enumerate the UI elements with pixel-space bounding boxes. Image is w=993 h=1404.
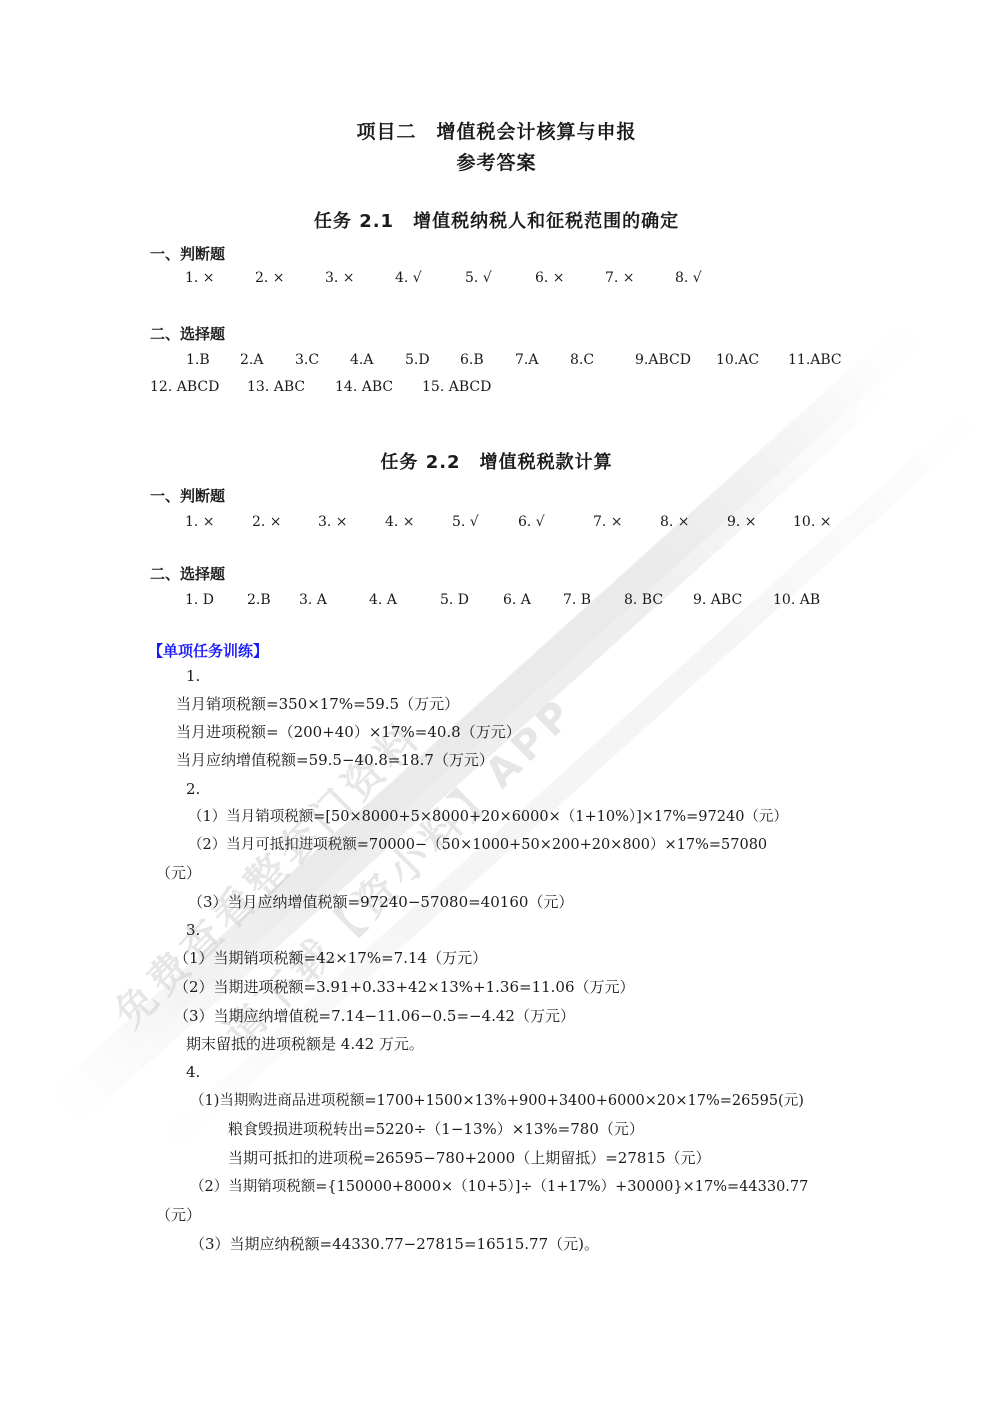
task-2-1-true-false-label: 一、判断题 xyxy=(150,244,225,264)
task-2-1-choice-label: 二、选择题 xyxy=(150,324,225,344)
calculation-line: （1）当月销项税额=[50×8000+5×8000+20×6000×（1+10%… xyxy=(188,807,788,827)
calculation-line: 期末留抵的进项税额是 4.42 万元。 xyxy=(186,1034,424,1054)
document-subtitle: 参考答案 xyxy=(0,153,993,173)
calculation-line: （元） xyxy=(156,863,201,883)
document-page: 免费查看整套门资料 请下载【资小料】APP 项目二 增值税会计核算与申报 参考答… xyxy=(0,0,993,1404)
answer: 2.A xyxy=(240,350,263,370)
answer: 2. × xyxy=(255,268,285,288)
answer: 1.B xyxy=(186,350,210,370)
answer: 1. × xyxy=(185,268,215,288)
answer: 2. × xyxy=(252,512,282,532)
answer: 9. ABC xyxy=(693,590,742,610)
answer: 8. BC xyxy=(624,590,663,610)
answer: 11.ABC xyxy=(788,350,842,370)
answer: 12. ABCD xyxy=(150,377,219,397)
calculation-line: 当月应纳增值税额=59.5−40.8=18.7（万元） xyxy=(176,750,494,770)
answer: 15. ABCD xyxy=(422,377,491,397)
answer: 5. D xyxy=(440,590,469,610)
task-2-2-choice-label: 二、选择题 xyxy=(150,564,225,584)
task-2-1-choice-answers-row-1: 1.B 2.A 3.C 4.A 5.D 6.B 7.A 8.C 9.ABCD 1… xyxy=(0,350,993,370)
calculation-line: 粮食毁损进项税转出=5220÷（1−13%）×13%=780（元） xyxy=(228,1119,644,1139)
answer: 2.B xyxy=(247,590,271,610)
calculation-line: （3）当期应纳增值税=7.14−11.06−0.5=−4.42（万元） xyxy=(174,1006,575,1026)
answer: 4. √ xyxy=(395,268,422,288)
answer: 3. A xyxy=(299,590,327,610)
answer: 5. √ xyxy=(452,512,479,532)
answer: 7.A xyxy=(515,350,538,370)
answer: 1. D xyxy=(185,590,214,610)
answer: 3. × xyxy=(318,512,348,532)
problem-number: 1. xyxy=(186,666,200,686)
problem-number: 2. xyxy=(186,779,200,799)
answer: 8.C xyxy=(570,350,594,370)
answer: 10.AC xyxy=(716,350,759,370)
task-2-2-true-false-label: 一、判断题 xyxy=(150,486,225,506)
task-2-1-true-false-answers: 1. × 2. × 3. × 4. √ 5. √ 6. × 7. × 8. √ xyxy=(0,268,993,288)
task-2-2-choice-answers: 1. D 2.B 3. A 4. A 5. D 6. A 7. B 8. BC … xyxy=(0,590,993,610)
calculation-line: （1)当期购进商品进项税额=1700+1500×13%+900+3400+600… xyxy=(190,1091,804,1111)
task-2-1-choice-answers-row-2: 12. ABCD 13. ABC 14. ABC 15. ABCD xyxy=(0,377,993,397)
calculation-line: （1）当期销项税额=42×17%=7.14（万元） xyxy=(174,948,487,968)
calculation-line: （3）当月应纳增值税额=97240−57080=40160（元） xyxy=(188,892,573,912)
answer: 4. A xyxy=(369,590,397,610)
answer: 6.B xyxy=(460,350,484,370)
answer: 4. × xyxy=(385,512,415,532)
answer: 9.ABCD xyxy=(635,350,691,370)
answer: 6. A xyxy=(503,590,531,610)
answer: 5. √ xyxy=(465,268,492,288)
task-2-1-heading: 任务 2.1 增值税纳税人和征税范围的确定 xyxy=(0,212,993,232)
calculation-line: （2）当月可抵扣进项税额=70000−（50×1000+50×200+20×80… xyxy=(188,835,767,855)
problem-number: 3. xyxy=(186,920,200,940)
answer: 14. ABC xyxy=(335,377,393,397)
problem-number: 4. xyxy=(186,1062,200,1082)
training-section-label: 【单项任务训练】 xyxy=(148,641,268,661)
answer: 6. √ xyxy=(518,512,545,532)
calculation-line: 当期可抵扣的进项税=26595−780+2000（上期留抵）=27815（元） xyxy=(228,1148,711,1168)
answer: 7. × xyxy=(593,512,623,532)
answer: 3. × xyxy=(325,268,355,288)
answer: 10. × xyxy=(793,512,831,532)
answer: 4.A xyxy=(350,350,373,370)
calculation-line: 当月销项税额=350×17%=59.5（万元） xyxy=(176,694,459,714)
answer: 8. √ xyxy=(675,268,702,288)
calculation-line: （2）当期进项税额=3.91+0.33+42×13%+1.36=11.06（万元… xyxy=(174,977,635,997)
calculation-line: （2）当期销项税额={150000+8000×（10+5）]÷（1+17%）+3… xyxy=(190,1177,808,1197)
document-title: 项目二 增值税会计核算与申报 xyxy=(0,122,993,142)
calculation-line: （3）当期应纳税额=44330.77−27815=16515.77（元)。 xyxy=(190,1234,599,1254)
answer: 5.D xyxy=(405,350,430,370)
task-2-2-heading: 任务 2.2 增值税税款计算 xyxy=(0,453,993,473)
answer: 3.C xyxy=(295,350,319,370)
answer: 13. ABC xyxy=(247,377,305,397)
calculation-line: （元） xyxy=(156,1205,201,1225)
answer: 10. AB xyxy=(773,590,820,610)
answer: 7. B xyxy=(563,590,591,610)
calculation-line: 当月进项税额=（200+40）×17%=40.8（万元） xyxy=(176,722,521,742)
answer: 8. × xyxy=(660,512,690,532)
answer: 9. × xyxy=(727,512,757,532)
answer: 1. × xyxy=(185,512,215,532)
task-2-2-true-false-answers: 1. × 2. × 3. × 4. × 5. √ 6. √ 7. × 8. × … xyxy=(0,512,993,532)
answer: 7. × xyxy=(605,268,635,288)
answer: 6. × xyxy=(535,268,565,288)
